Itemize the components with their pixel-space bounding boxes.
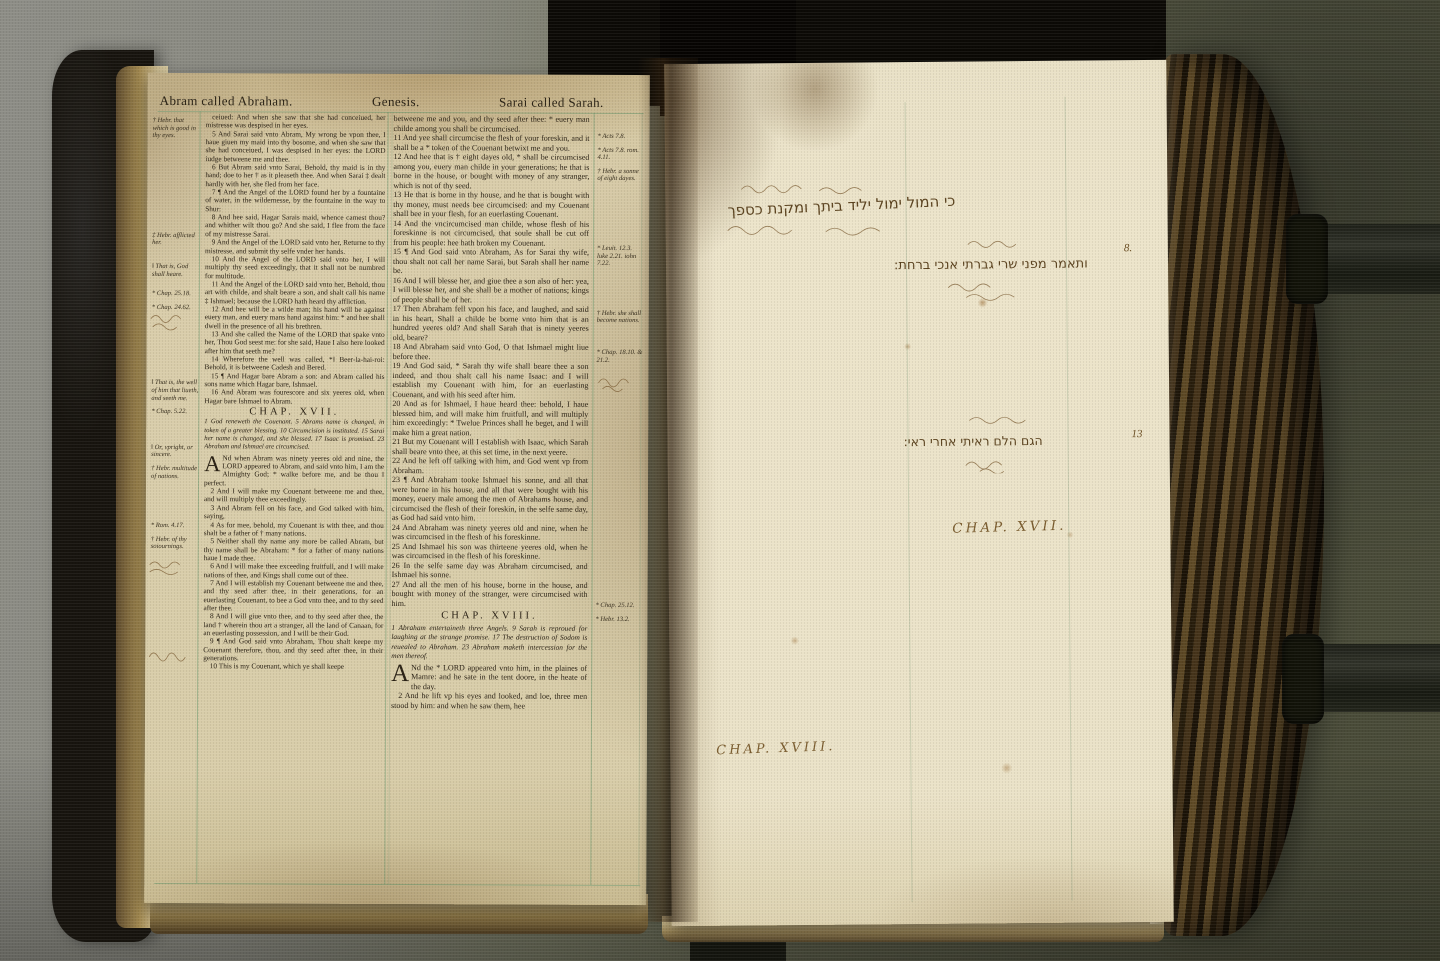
verse-paragraph: 7 And I will establish my Couenant betwe… xyxy=(203,579,383,613)
running-header: Abram called Abraham. Genesis. Sarai cal… xyxy=(160,93,604,111)
clasp-loop-fitting xyxy=(1286,214,1328,304)
handwritten-chapter-17-label: CHAP. XVII. xyxy=(952,518,1066,537)
ink-mark-8: 8. xyxy=(1124,242,1132,254)
margin-note: * Leuit. 12.3. luke 2.21. iohn 7.22. xyxy=(597,245,644,268)
margin-note: * Hebr. 13.2. xyxy=(595,616,642,624)
clasp-strap-upper xyxy=(1292,224,1440,294)
running-header-left: Abram called Abraham. xyxy=(160,93,293,110)
margin-note: * Chap. 18.10. & 21.2. xyxy=(597,349,644,364)
verse-paragraph: 5 Neither shall thy name any more be cal… xyxy=(204,537,384,563)
verse-paragraph: 27 And all the men of his house, borne i… xyxy=(391,579,587,608)
verse-paragraph: 25 And Ishmael his son was thirteene yee… xyxy=(392,541,588,561)
handwritten-hebrew-scribble xyxy=(596,375,640,393)
margin-note: ‖ That is, God shall heare. xyxy=(152,263,199,278)
handwritten-marginalia-scribble xyxy=(149,313,193,335)
verses-genesis-17a: 2 And I will make my Couenant betweene m… xyxy=(203,487,384,671)
photograph-of-open-antique-bible: Abram called Abraham. Genesis. Sarai cal… xyxy=(0,0,1440,961)
verse-paragraph: 6 And I will make thee exceeding fruitfu… xyxy=(204,562,384,579)
margin-note: * Chap. 24.62. xyxy=(152,304,199,312)
latin-gloss-scribble xyxy=(726,220,926,240)
running-header-right: Sarai called Sarah. xyxy=(499,94,604,110)
margin-note: * Acts 7.8. xyxy=(598,133,645,141)
verse-paragraph: 21 But my Couenant will I establish with… xyxy=(392,437,588,457)
ruling-line-vertical-right-page-2 xyxy=(1065,97,1073,901)
verse-paragraph: 8 And hee said, Hagar Sarais maid, whenc… xyxy=(205,213,385,239)
verse-paragraph: 13 He that is borne in thy house, and he… xyxy=(393,190,589,219)
verse-paragraph: 10 This is my Couenant, which ye shall k… xyxy=(203,663,383,672)
text-column-2: betweene me and you, and thy seed after … xyxy=(390,114,589,885)
fore-edge-tabbed-leaves xyxy=(1164,54,1324,936)
verse-paragraph: 12 And hee that is † eight dayes old, * … xyxy=(393,152,589,191)
verse-paragraph: 7 ¶ And the Angel of the LORD found her … xyxy=(205,188,385,214)
verses-genesis-18: 2 And he lift vp his eyes and looked, an… xyxy=(391,691,587,711)
margin-note: † Hebr. a sonne of eight dayes. xyxy=(597,168,644,183)
verse-paragraph: ceiued: And when she saw that she had co… xyxy=(206,113,386,130)
verse-paragraph: 22 And he left off talking with him, and… xyxy=(392,456,588,476)
running-header-center: Genesis. xyxy=(372,94,420,110)
ink-mark-13: 13 xyxy=(1131,428,1142,440)
margin-note: * Chap. 25.12. xyxy=(595,602,642,610)
verse-paragraph: 20 And as for Ishmael, I haue heard thee… xyxy=(392,399,588,438)
latin-gloss-scribble xyxy=(946,279,1066,306)
verse-paragraph: 9 ¶ And God said vnto Abraham, Thou shal… xyxy=(203,637,383,663)
chapter-18-heading: CHAP. XVIII. xyxy=(391,611,587,621)
verse-paragraph: 26 In the selfe same day was Abraham cir… xyxy=(392,560,588,580)
right-page-with-manuscript-annotations: כי המול ימול יליד ביתך ומקנת כספך ותאמר … xyxy=(664,60,1174,926)
chapter-17-opening-verse: ANd when Abram was ninety yeeres old and… xyxy=(204,454,384,488)
handwritten-hebrew-scribble xyxy=(147,649,189,665)
verse-paragraph: 6 But Abram said vnto Sarai, Behold, thy… xyxy=(205,163,385,189)
handwritten-chapter-18-label: CHAP. XVIII. xyxy=(716,739,836,758)
chapter-17-heading: CHAP. XVII. xyxy=(204,408,384,417)
margin-note: † Hebr. of thy soiournings. xyxy=(151,536,198,551)
ruling-line-vertical-4 xyxy=(590,113,594,885)
margin-note: ‖ Or, vpright, or sincere. xyxy=(151,444,198,459)
chapter-18-opening-verse: ANd the * LORD appeared vnto him, in the… xyxy=(391,662,587,691)
verse-paragraph: 2 And he lift vp his eyes and looked, an… xyxy=(391,691,587,711)
margin-note: * Rom. 4.17. xyxy=(151,522,198,530)
latin-gloss-scribble xyxy=(964,457,1044,474)
verse-paragraph: 13 And she called the Name of the LORD t… xyxy=(205,330,385,356)
verse-paragraph: 23 ¶ And Abraham tooke Ishmael his sonne… xyxy=(392,475,588,523)
margin-note: ‡ Hebr. afflicted her. xyxy=(152,232,199,247)
verses-genesis-16: ceiued: And when she saw that she had co… xyxy=(204,113,385,406)
verse-paragraph: 18 And Abraham said vnto God, O that Ish… xyxy=(393,342,589,362)
verse-paragraph: 12 And hee will be a wilde man; his hand… xyxy=(205,305,385,331)
handwritten-marginalia-scribble xyxy=(148,559,192,577)
latin-gloss-scribble xyxy=(966,237,1046,252)
verse-paragraph: 11 And the Angel of the LORD said vnto h… xyxy=(205,280,385,306)
verse-paragraph: 2 And I will make my Couenant betweene m… xyxy=(204,487,384,504)
verse-paragraph: 17 Then Abraham fell vpon his face, and … xyxy=(393,304,589,343)
verse-paragraph: 24 And Abraham was ninety yeeres old and… xyxy=(392,522,588,542)
verse-paragraph: 14 And the vncircumcised man childe, who… xyxy=(393,218,589,247)
margin-note: † Hebr. multitude of nations. xyxy=(151,465,198,480)
verse-paragraph: 9 And the Angel of the LORD said vnto he… xyxy=(205,238,385,255)
chapter-18-argument: 1 Abraham entertaineth three Angels. 9 S… xyxy=(391,622,587,661)
margin-note: * Chap. 5.22. xyxy=(151,408,198,416)
margin-note: * Acts 7.8. rom. 4.11. xyxy=(597,146,644,161)
hebrew-annotation-genesis-16-13: הגם הלם ראיתי אחרי ראי: xyxy=(903,433,1042,449)
hebrew-annotation-genesis-16-8: ותאמר מפני שרי גברתי אנכי ברחת: xyxy=(894,257,1088,274)
verse-paragraph: 19 And God said, * Sarah thy wife shall … xyxy=(392,361,588,400)
verse-paragraph: 5 And Sarai said vnto Abram, My wrong be… xyxy=(205,130,385,164)
margin-note: † Hebr. that which is good in thy eyes. xyxy=(153,117,200,140)
margin-notes-left-column: † Hebr. that which is good in thy eyes.‡… xyxy=(151,117,200,557)
clasp-strap-lower xyxy=(1288,644,1440,712)
margin-note: ‖ That is, the well of him that liueth, … xyxy=(151,379,198,402)
verse-paragraph: 15 ¶ And God said vnto Abraham, As for S… xyxy=(393,247,589,276)
clasp-loop-fitting xyxy=(1282,634,1324,724)
verse-paragraph: 10 And the Angel of the LORD said vnto h… xyxy=(205,255,385,281)
margin-note: * Chap. 25.18. xyxy=(152,290,199,298)
verse-paragraph: betweene me and you, and thy seed after … xyxy=(394,114,590,134)
chapter-17-argument: 1 God reneweth the Couenant. 5 Abrams na… xyxy=(204,419,384,453)
margin-note: † Hebr. she shall become nations. xyxy=(597,310,644,325)
verse-paragraph: 16 And Abram was fourescore and six yeer… xyxy=(204,389,384,406)
verse-paragraph: 3 And Abram fell on his face, and God ta… xyxy=(204,504,384,521)
text-column-1: ceiued: And when she saw that she had co… xyxy=(202,113,385,884)
left-page-genesis-text: Abram called Abraham. Genesis. Sarai cal… xyxy=(144,73,650,905)
verse-paragraph: 8 And I will giue vnto thee, and to thy … xyxy=(203,612,383,638)
verse-paragraph: 14 Wherefore the well was called, *‖ Bee… xyxy=(205,355,385,372)
verse-paragraph: 11 And yee shall circumcise the flesh of… xyxy=(393,133,589,153)
verses-genesis-17b: betweene me and you, and thy seed after … xyxy=(391,114,589,609)
verse-paragraph: 16 And I will blesse her, and giue thee … xyxy=(393,275,589,304)
latin-gloss-scribble xyxy=(967,413,1057,428)
